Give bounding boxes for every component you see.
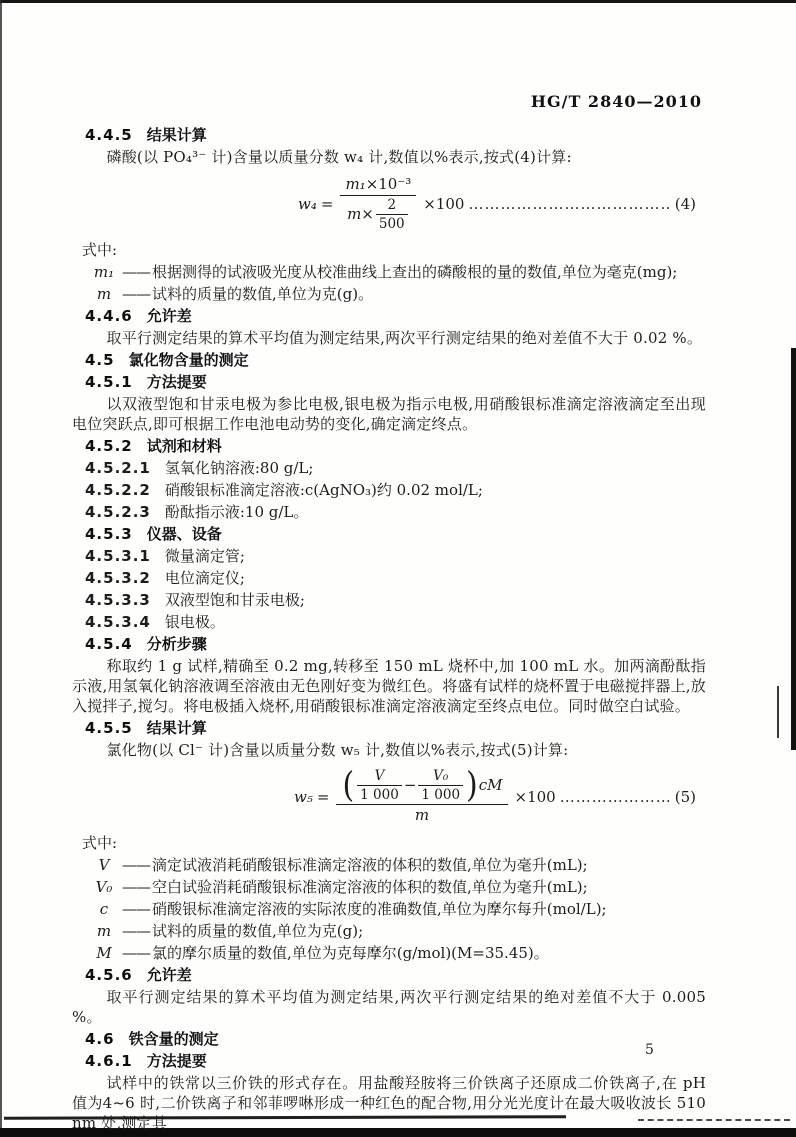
heading-4-5-1: 4.5.1方法提要 — [85, 371, 706, 393]
def-term: M — [86, 943, 122, 963]
def-term: m — [86, 921, 122, 941]
heading-number: 4.5.2 — [85, 437, 133, 455]
clause-number: 4.5.3.2 — [85, 569, 151, 587]
def-dash: —— — [122, 877, 150, 897]
clause-4-5-3-2: 4.5.3.2电位滴定仪; — [85, 567, 706, 589]
heading-4-4-6: 4.4.6允许差 — [85, 305, 706, 327]
paragraph-procedure: 称取约 1 g 试样,精确至 0.2 mg,转移至 150 mL 烧杯中,加 1… — [72, 655, 706, 717]
heading-title: 氯化物含量的测定 — [129, 351, 249, 369]
eq5-equals: = — [317, 787, 330, 807]
equation-4-body: w₄ = m₁×10⁻³ m×2500 ×100 — [298, 175, 464, 232]
heading-title: 允许差 — [147, 966, 192, 984]
heading-title: 试剂和材料 — [147, 437, 222, 455]
clause-number: 4.5.3.3 — [85, 591, 151, 609]
clause-4-5-2-3: 4.5.2.3酚酞指示液:10 g/L。 — [85, 501, 706, 523]
eq5-v-denom: 1 000 — [357, 786, 402, 803]
clause-number: 4.5.2.2 — [85, 481, 151, 499]
clause-4-5-3-4: 4.5.3.4银电极。 — [85, 611, 706, 633]
paragraph-method-summary-2: 试样中的铁常以三价铁的形式存在。用盐酸羟胺将三价铁离子还原成二价铁离子,在 pH… — [72, 1072, 706, 1134]
heading-number: 4.5.4 — [85, 635, 133, 653]
heading-4-5-4: 4.5.4分析步骤 — [85, 633, 706, 655]
equation-5-body: w₅ = ( V1 000 − V₀1 000 ) cM m ×100 — [294, 768, 556, 825]
eq4-fraction: m₁×10⁻³ m×2500 — [340, 175, 416, 232]
standard-number-header: HG/T 2840—2010 — [531, 92, 702, 111]
clause-4-5-3-3: 4.5.3.3双液型饱和甘汞电极; — [85, 589, 706, 611]
heading-4-5: 4.5氯化物含量的测定 — [85, 349, 706, 371]
def-desc: 试料的质量的数值,单位为克(g)。 — [152, 284, 706, 304]
heading-number: 4.5.1 — [85, 373, 133, 391]
heading-4-5-3: 4.5.3仪器、设备 — [85, 523, 706, 545]
heading-4-5-5: 4.5.5结果计算 — [85, 717, 706, 739]
def-desc: 氯的摩尔质量的数值,单位为克每摩尔(g/mol)(M=35.45)。 — [152, 943, 706, 963]
page-number: 5 — [645, 1042, 654, 1058]
eq4-nested-bottom: 500 — [376, 215, 408, 232]
paragraph-phosphate-intro: 磷酸(以 PO₄³⁻ 计)含量以质量分数 w₄ 计,数值以%表示,按式(4)计算… — [72, 146, 706, 168]
clause-4-5-3-1: 4.5.3.1微量滴定管; — [85, 545, 706, 567]
eq5-v0-fraction: V₀1 000 — [418, 768, 463, 803]
def-desc: 空白试验消耗硝酸银标准滴定溶液的体积的数值,单位为毫升(mL); — [152, 877, 706, 897]
eq4-equals: = — [321, 194, 334, 214]
page-content: 4.4.5结果计算 磷酸(以 PO₄³⁻ 计)含量以质量分数 w₄ 计,数值以%… — [72, 124, 706, 1134]
definition-c: c——硝酸银标准滴定溶液的实际浓度的准确数值,单位为摩尔每升(mol/L); — [86, 898, 706, 920]
eq4-numerator-factor: ×10⁻³ — [366, 175, 412, 193]
eq5-close-paren: ) — [466, 768, 478, 803]
def-term: V — [86, 855, 122, 875]
clause-text: 银电极。 — [165, 613, 225, 631]
eq5-v0-denom: 1 000 — [418, 786, 463, 803]
heading-title: 分析步骤 — [147, 635, 207, 653]
def-term: m — [86, 284, 122, 304]
paragraph-tolerance-2: 取平行测定结果的算术平均值为测定结果,两次平行测定结果的绝对差值不大于 0.00… — [72, 986, 706, 1028]
clause-text: 酚酞指示液:10 g/L。 — [165, 503, 309, 521]
eq4-dot-leader: ………………………………………………………… — [468, 194, 670, 214]
heading-title: 允许差 — [147, 307, 192, 325]
heading-4-6: 4.6铁含量的测定 — [85, 1028, 706, 1050]
def-dash: —— — [122, 899, 150, 919]
definition-m: m——试料的质量的数值,单位为克(g)。 — [86, 283, 706, 305]
clause-4-5-2-2: 4.5.2.2硝酸银标准滴定溶液:c(AgNO₃)约 0.02 mol/L; — [85, 479, 706, 501]
eq4-lhs: w₄ — [298, 194, 317, 214]
eq5-v: V — [357, 768, 402, 786]
def-desc: 硝酸银标准滴定溶液的实际浓度的准确数值,单位为摩尔每升(mol/L); — [152, 899, 706, 919]
heading-number: 4.5.5 — [85, 719, 133, 737]
clause-4-5-2-1: 4.5.2.1氢氧化钠溶液:80 g/L; — [85, 457, 706, 479]
eq5-times-100: ×100 — [515, 787, 556, 807]
def-dash: —— — [122, 262, 150, 282]
clause-text: 微量滴定管; — [165, 547, 245, 565]
eq4-denominator-times: × — [361, 205, 374, 224]
clause-number: 4.5.3.4 — [85, 613, 151, 631]
eq4-numerator-var: m₁ — [345, 175, 365, 193]
eq5-coef: cM — [479, 776, 503, 795]
def-dash: —— — [122, 284, 150, 304]
eq5-number: (5) — [675, 787, 696, 807]
clause-text: 电位滴定仪; — [165, 569, 245, 587]
heading-number: 4.5 — [85, 351, 115, 369]
eq4-nested-top: 2 — [376, 197, 408, 215]
eq5-denominator: m — [336, 805, 507, 825]
paragraph-chloride-intro: 氯化物(以 Cl⁻ 计)含量以质量分数 w₅ 计,数值以%表示,按式(5)计算: — [72, 739, 706, 761]
clause-number: 4.5.3.1 — [85, 547, 151, 565]
heading-title: 方法提要 — [147, 1052, 207, 1070]
heading-title: 结果计算 — [147, 126, 207, 144]
heading-number: 4.4.6 — [85, 307, 133, 325]
paragraph-tolerance-1: 取平行测定结果的算术平均值为测定结果,两次平行测定结果的绝对差值不大于 0.02… — [72, 327, 706, 349]
heading-4-4-5: 4.4.5结果计算 — [85, 124, 706, 146]
eq5-dot-leader: …………………………………………………… — [560, 787, 671, 807]
definition-m1: m₁——根据测得的试液吸光度从校准曲线上查出的磷酸根的量的数值,单位为毫克(mg… — [86, 261, 706, 283]
definition-m2: m——试料的质量的数值,单位为克(g); — [86, 920, 706, 942]
eq5-v0: V₀ — [418, 768, 463, 786]
eq4-denominator-var: m — [347, 205, 361, 224]
where-label-2: 式中: — [82, 832, 706, 854]
eq5-v-fraction: V1 000 — [357, 768, 402, 803]
clause-number: 4.5.2.3 — [85, 503, 151, 521]
eq4-nested-fraction: 2500 — [376, 197, 408, 232]
eq5-lhs: w₅ — [294, 787, 313, 807]
def-dash: —— — [122, 855, 150, 875]
scan-edge-left — [0, 0, 2, 1137]
heading-number: 4.6 — [85, 1030, 115, 1048]
def-desc: 根据测得的试液吸光度从校准曲线上查出的磷酸根的量的数值,单位为毫克(mg); — [152, 262, 706, 282]
def-term: m₁ — [86, 262, 122, 282]
def-dash: —— — [122, 921, 150, 941]
heading-title: 仪器、设备 — [147, 525, 222, 543]
heading-number: 4.4.5 — [85, 126, 133, 144]
heading-4-5-2: 4.5.2试剂和材料 — [85, 435, 706, 457]
def-term: c — [86, 899, 122, 919]
paragraph-method-summary-1: 以双液型饱和甘汞电极为参比电极,银电极为指示电极,用硝酸银标准滴定溶液滴定至出现… — [72, 393, 706, 435]
scan-mark-right — [777, 686, 779, 738]
where-label-1: 式中: — [82, 239, 706, 261]
heading-number: 4.5.6 — [85, 966, 133, 984]
eq5-fraction: ( V1 000 − V₀1 000 ) cM m — [336, 768, 507, 825]
eq4-times-100: ×100 — [423, 194, 464, 214]
heading-4-6-1: 4.6.1方法提要 — [85, 1050, 706, 1072]
def-desc: 滴定试液消耗硝酸银标准滴定溶液的体积的数值,单位为毫升(mL); — [152, 855, 706, 875]
def-term: V₀ — [86, 877, 122, 897]
clause-text: 氢氧化钠溶液:80 g/L; — [165, 459, 314, 477]
clause-number: 4.5.2.1 — [85, 459, 151, 477]
equation-4: w₄ = m₁×10⁻³ m×2500 ×100 ………………………………………… — [72, 175, 706, 232]
definition-V0: V₀——空白试验消耗硝酸银标准滴定溶液的体积的数值,单位为毫升(mL); — [86, 876, 706, 898]
def-desc: 试料的质量的数值,单位为克(g); — [152, 921, 706, 941]
heading-title: 铁含量的测定 — [129, 1030, 219, 1048]
scan-edge-top — [0, 0, 796, 3]
scanned-standard-page: HG/T 2840—2010 4.4.5结果计算 磷酸(以 PO₄³⁻ 计)含量… — [0, 0, 796, 1137]
eq4-number: (4) — [675, 194, 696, 214]
heading-number: 4.6.1 — [85, 1052, 133, 1070]
clause-text: 双液型饱和甘汞电极; — [165, 591, 305, 609]
eq5-minus: − — [404, 776, 417, 795]
scan-edge-right — [791, 348, 796, 750]
equation-5: w₅ = ( V1 000 − V₀1 000 ) cM m ×100 …………… — [72, 768, 706, 825]
heading-title: 方法提要 — [147, 373, 207, 391]
definition-V: V——滴定试液消耗硝酸银标准滴定溶液的体积的数值,单位为毫升(mL); — [86, 854, 706, 876]
heading-title: 结果计算 — [147, 719, 207, 737]
clause-text: 硝酸银标准滴定溶液:c(AgNO₃)约 0.02 mol/L; — [165, 481, 483, 499]
eq5-open-paren: ( — [342, 768, 354, 803]
heading-number: 4.5.3 — [85, 525, 133, 543]
def-dash: —— — [122, 943, 150, 963]
definition-M: M——氯的摩尔质量的数值,单位为克每摩尔(g/mol)(M=35.45)。 — [86, 942, 706, 964]
heading-4-5-6: 4.5.6允许差 — [85, 964, 706, 986]
